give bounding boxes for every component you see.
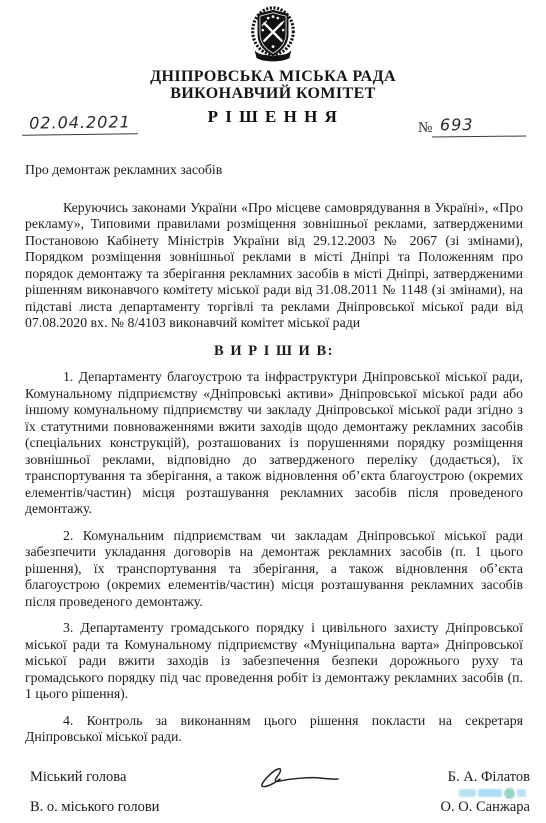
acting-mayor-title: В. о. міського голови (30, 799, 159, 816)
handwritten-signature (258, 765, 348, 796)
resolution-item-4: 4. Контроль за виконанням цього рішення … (25, 713, 523, 746)
committee-name: ВИКОНАВЧИЙ КОМІТЕТ (0, 85, 546, 102)
document-body: Про демонтаж рекламних засобів Керуючись… (25, 162, 523, 756)
site-watermark (459, 787, 543, 799)
preamble-paragraph: Керуючись законами України «Про місцеве … (25, 200, 523, 332)
mayor-title: Міський голова (30, 769, 126, 786)
resolution-heading: В И Р І Ш И В: (25, 343, 523, 360)
date-field: 02.04.2021 (22, 112, 138, 136)
signature-row-mayor: Міський голова Б. А. Філатов (30, 769, 530, 786)
watermark-dot (504, 788, 515, 799)
watermark-shape (517, 789, 526, 797)
number-field: №693 (418, 115, 530, 137)
scanned-decision-document: ДНІПРОВСЬКА МІСЬКА РАДА ВИКОНАВЧИЙ КОМІТ… (0, 0, 546, 823)
mayor-name: Б. А. Філатов (448, 769, 530, 786)
handwritten-number: 693 (440, 115, 474, 134)
number-sign: № (418, 120, 432, 137)
acting-mayor-name: О. О. Санжара (441, 799, 530, 816)
subject-line: Про демонтаж рекламних засобів (25, 162, 523, 179)
resolution-item-3: 3. Департаменту громадського порядку і ц… (25, 620, 523, 703)
signature-row-acting-mayor: В. о. міського голови О. О. Санжара (30, 799, 530, 816)
watermark-shape (478, 789, 502, 797)
date-number-row: 02.04.2021 №693 (0, 113, 546, 145)
document-header: ДНІПРОВСЬКА МІСЬКА РАДА ВИКОНАВЧИЙ КОМІТ… (0, 0, 546, 127)
dnipro-coat-of-arms-icon (244, 5, 302, 68)
council-name: ДНІПРОВСЬКА МІСЬКА РАДА (0, 68, 546, 85)
handwritten-date: 02.04.2021 (29, 112, 131, 132)
resolution-item-1: 1. Департаменту благоустрою та інфрастру… (25, 369, 523, 518)
watermark-shape (459, 789, 476, 797)
resolution-item-2: 2. Комунальним підприємствам чи закладам… (25, 528, 523, 611)
